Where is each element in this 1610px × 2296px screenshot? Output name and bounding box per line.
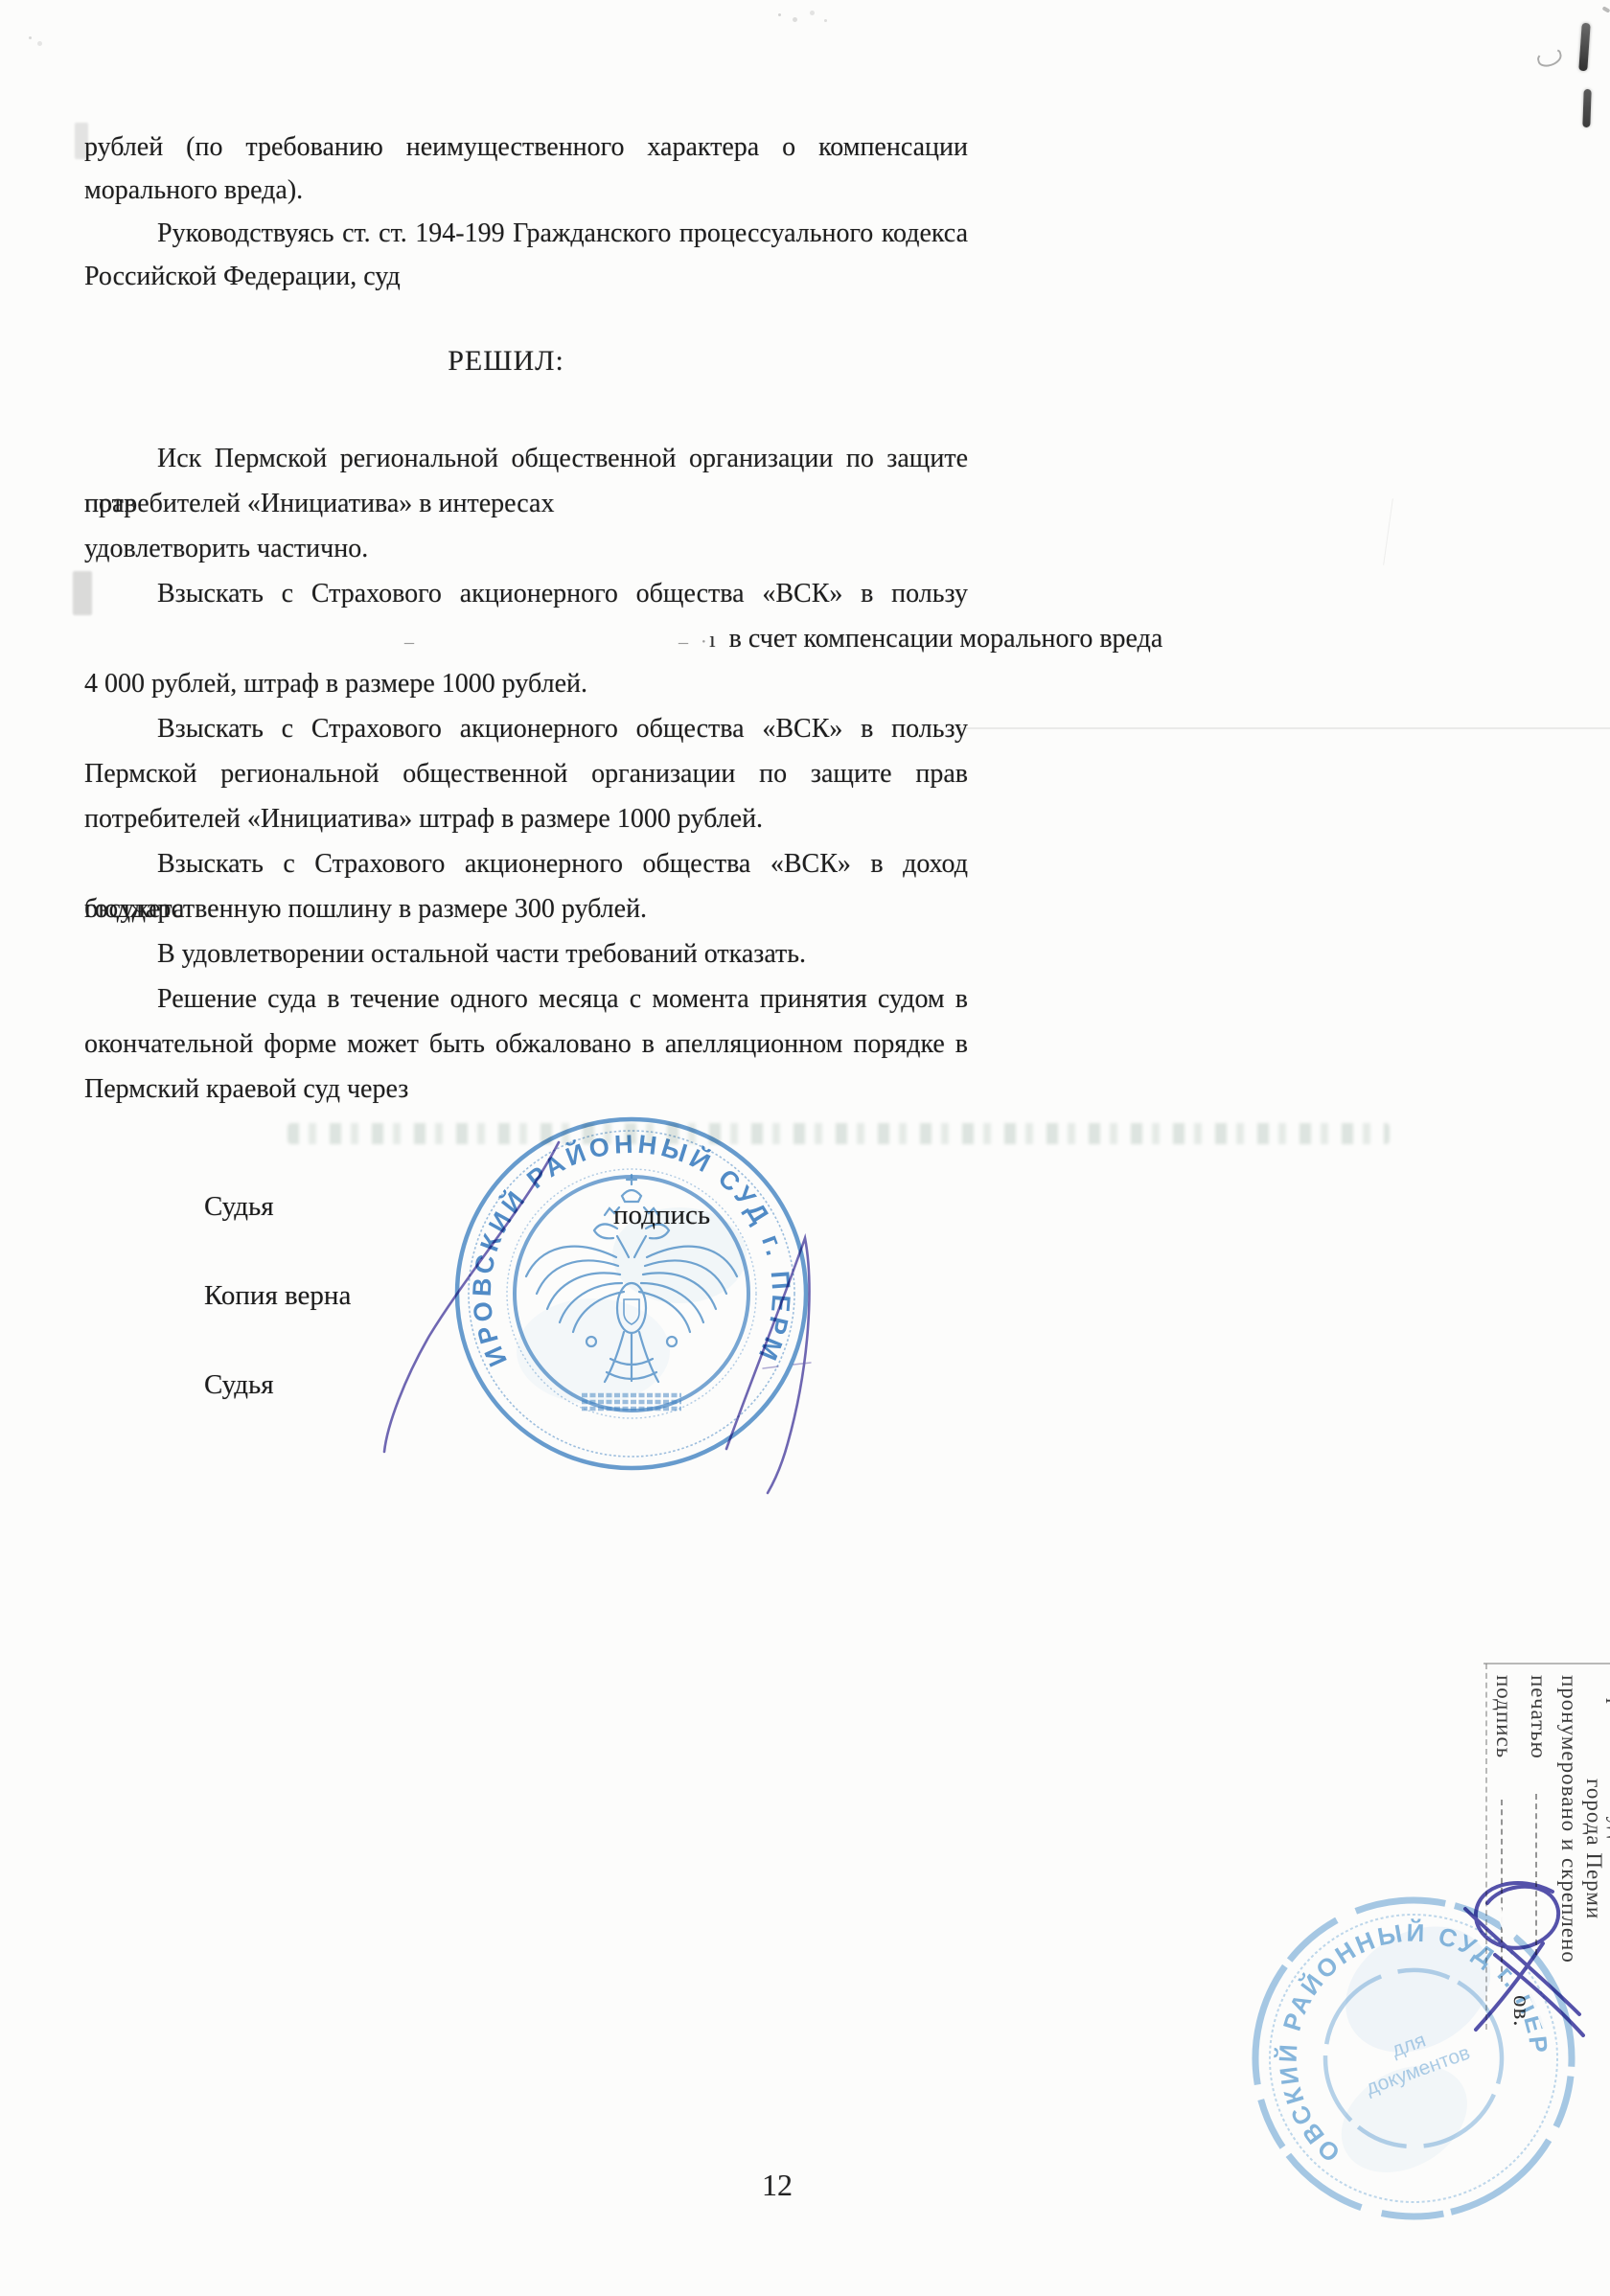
text-line: потребителей «Инициатива» штраф в размер…: [84, 796, 968, 841]
paper-crease-line: [958, 727, 1610, 729]
copy-correct-label: Копия верна: [204, 1280, 351, 1312]
decision-heading: РЕШИЛ:: [84, 345, 928, 378]
page-number: 12: [762, 2168, 793, 2203]
text-line: потребителей «Инициатива» в интересах: [84, 481, 968, 526]
cut-character-fragment: ı: [709, 628, 716, 653]
redaction-dash: –: [404, 620, 418, 665]
text-line: рублей (по требованию неимущественного х…: [84, 126, 968, 169]
text-line: окончательной форме может быть обжалован…: [84, 1022, 968, 1067]
ink-blotch: [612, 1207, 747, 1303]
binding-label-court-text: районный суд: [1605, 1698, 1610, 1839]
staple-mark: [1578, 23, 1590, 72]
text-line: Взыскать с Страхового акционерного общес…: [84, 706, 968, 751]
text-line: Взыскать с Страхового акционерного общес…: [84, 571, 968, 616]
ink-blotch: [517, 1298, 670, 1404]
staple-mark: [1582, 89, 1591, 127]
text-line: Руководствуясь ст. ст. 194-199 Гражданск…: [84, 212, 968, 255]
corner-court-seal-stamp: КИРОВСКИЙ РАЙОННЫЙ СУД г. ПЕРМИ для доку…: [1241, 1886, 1586, 2231]
scanned-court-decision-page: рублей (по требованию неимущественного х…: [0, 0, 1610, 2296]
binding-label-signature-word: подпись: [1491, 1675, 1516, 1758]
paragraph-decision-body: Иск Пермской региональной общественной о…: [84, 436, 968, 1112]
seal-rings: [457, 1119, 806, 1468]
scan-scratch: [1383, 498, 1393, 564]
text-line: морального вреда).: [84, 169, 968, 212]
text-line: Пермский краевой суд через: [84, 1067, 968, 1112]
redaction-dash: – ·: [678, 620, 711, 665]
paragraph-ruling-basis: рублей (по требованию неимущественного х…: [84, 126, 968, 298]
scan-speck: [778, 13, 781, 16]
text-line: 4 000 рублей, штраф в размере 1000 рубле…: [84, 661, 968, 706]
redacted-text-line: – – · ıв счет компенсации морального вре…: [84, 616, 968, 661]
text-line: Иск Пермской региональной общественной о…: [84, 436, 968, 481]
redacted-line-visible-text: ıв счет компенсации морального вреда: [709, 616, 1162, 663]
pen-tick-mark: [1535, 47, 1564, 69]
text-fragment: в счет компенсации морального вреда: [729, 624, 1163, 654]
text-line: Пермской региональной общественной орган…: [84, 751, 968, 796]
binding-label-top-border: [1483, 1663, 1610, 1665]
text-line: В удовлетворении остальной части требова…: [84, 931, 968, 976]
scan-speck: [29, 36, 32, 39]
district-court-seal-stamp: КИРОВСКИЙ РАЙОННЫЙ СУД г. ПЕРМИ: [449, 1112, 814, 1476]
text-line: Российской Федерации, суд: [84, 255, 968, 298]
judge-label: Судья: [204, 1369, 274, 1401]
text-line: государственную пошлину в размере 300 ру…: [84, 886, 968, 931]
edge-mark: [1602, 6, 1610, 12]
judge-label: Судья: [204, 1191, 274, 1223]
text-line: удовлетворить частично.: [84, 526, 968, 571]
text-line: Решение суда в течение одного месяца с м…: [84, 976, 968, 1022]
binding-label-seal-word: печатью: [1526, 1675, 1551, 1759]
text-line: Взыскать с Страхового акционерного общес…: [84, 841, 968, 886]
